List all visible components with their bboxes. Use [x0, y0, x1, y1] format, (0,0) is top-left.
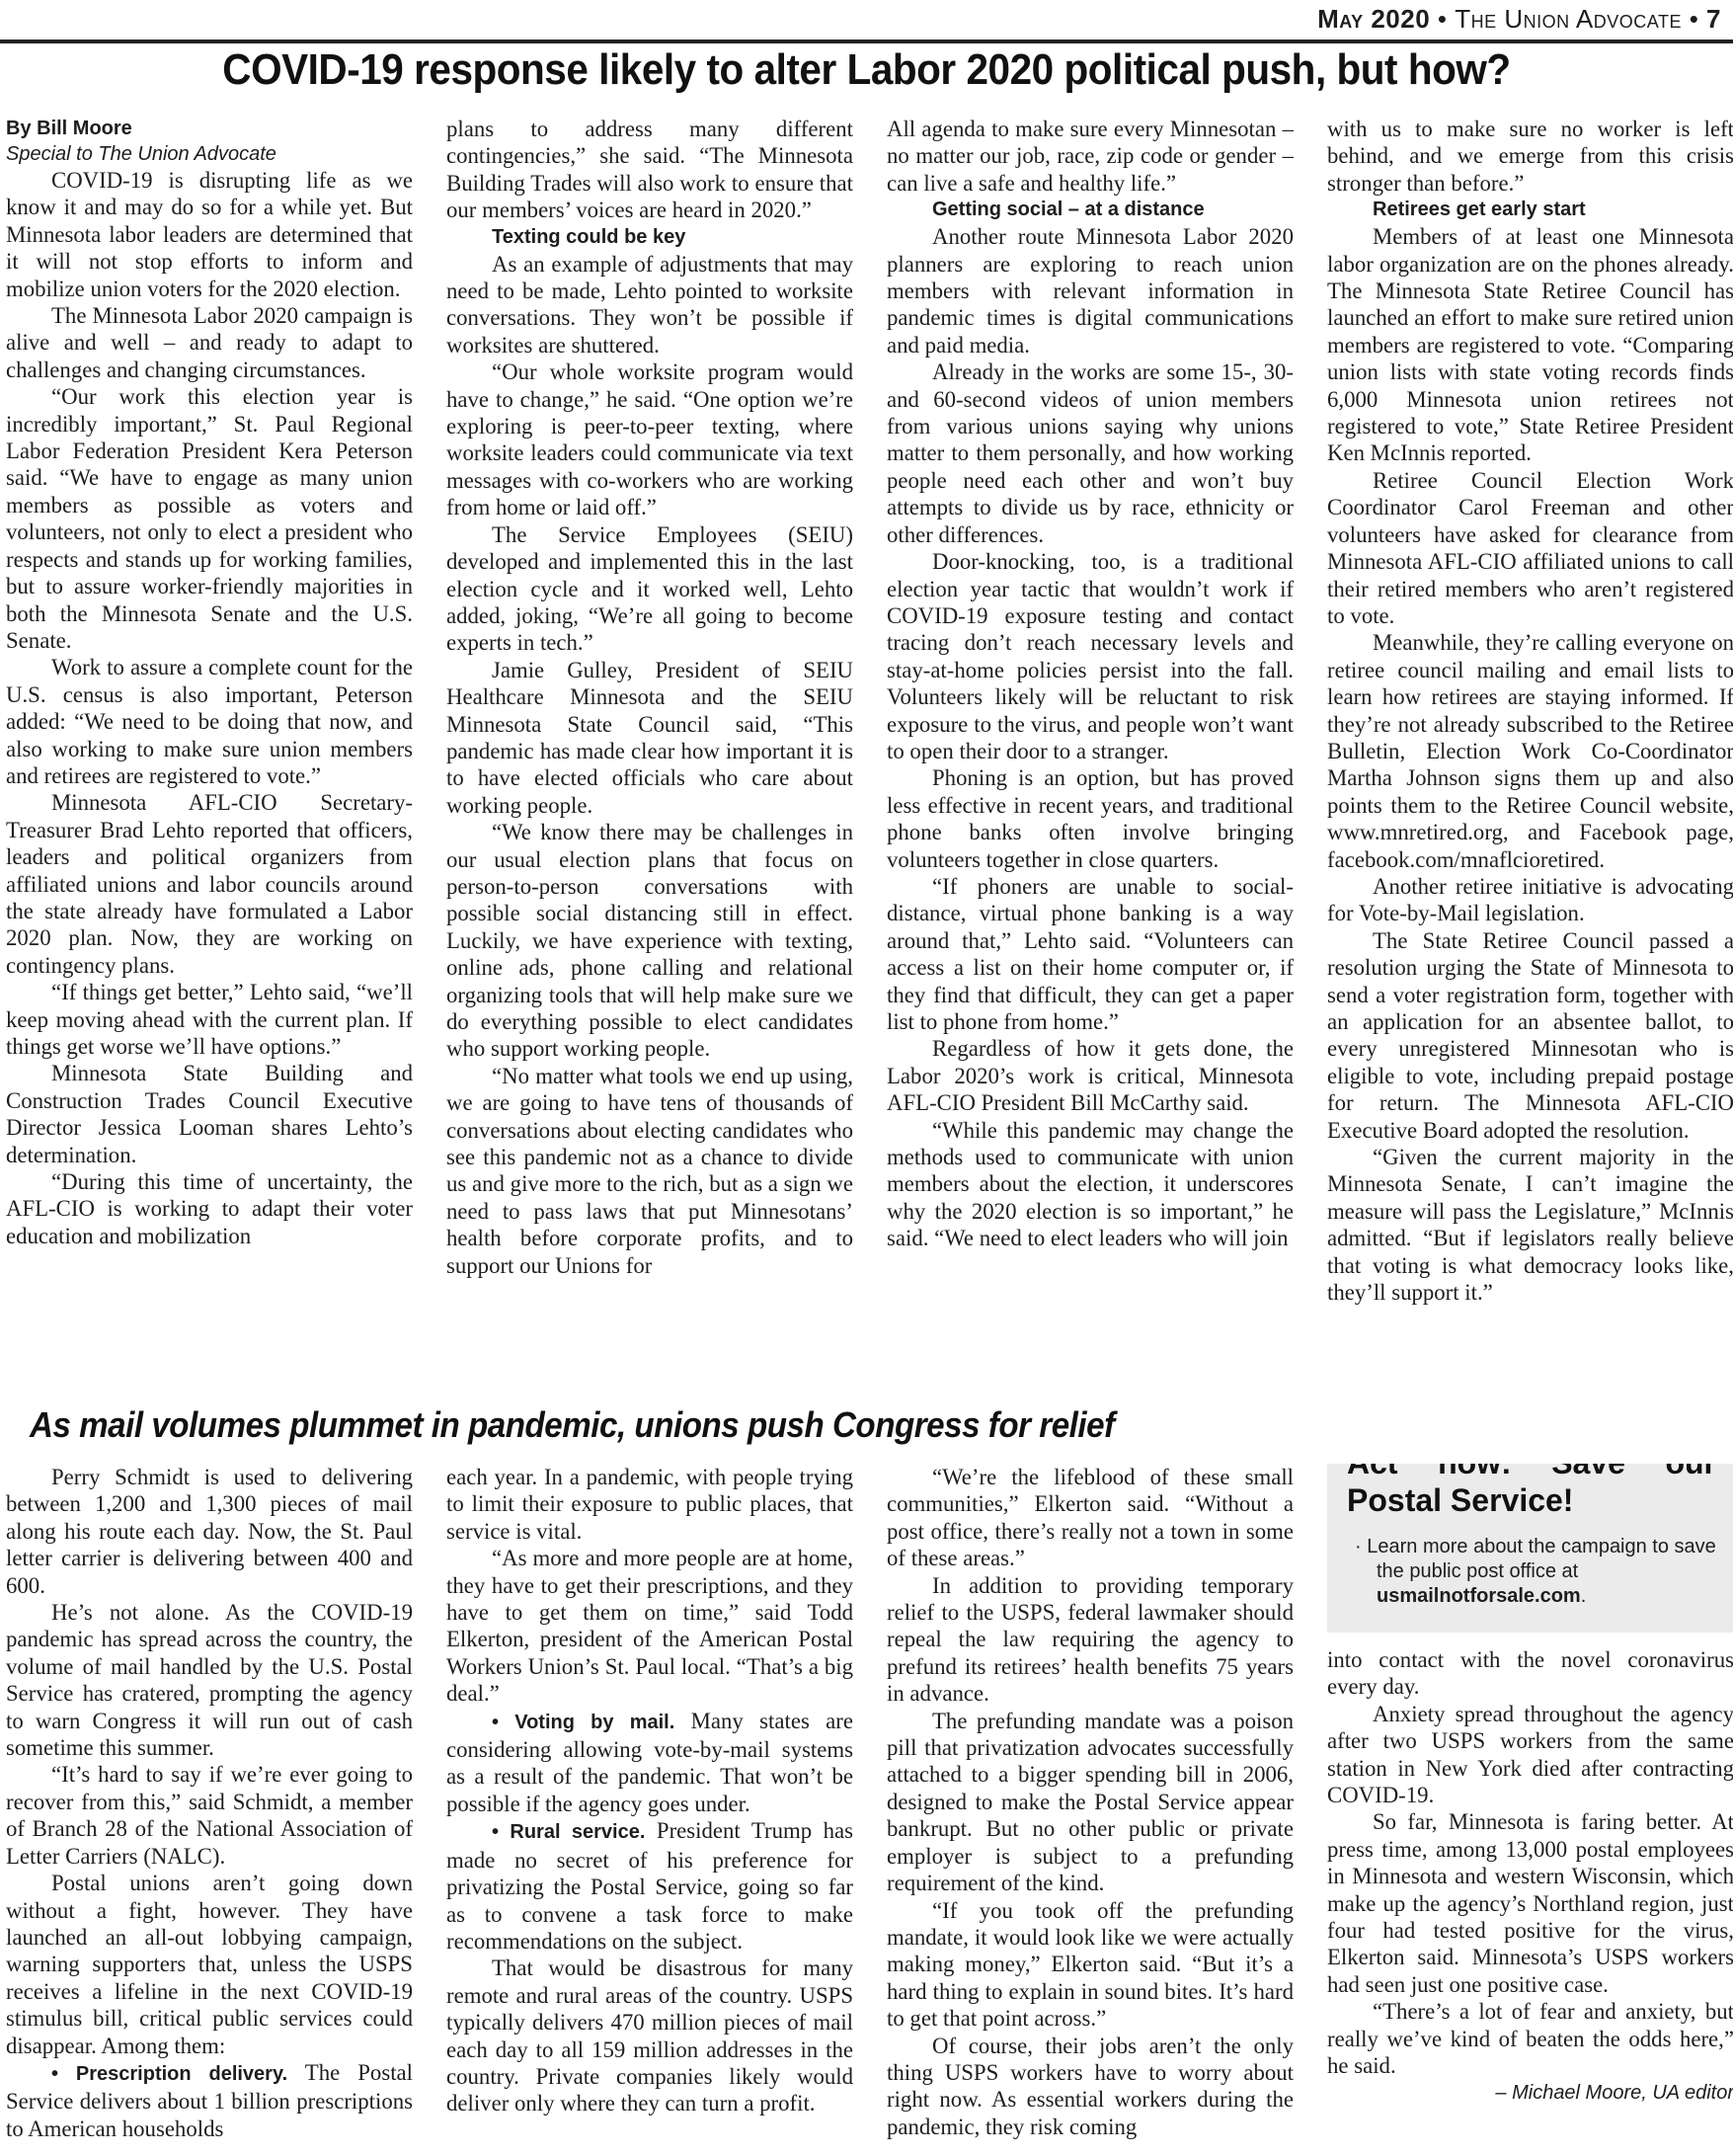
sidebar-trailing: .	[1581, 1585, 1587, 1607]
sidebar-text: Learn more about the campaign to save th…	[1367, 1536, 1716, 1582]
paragraph: “Given the current majority in the Minne…	[1327, 1144, 1733, 1306]
paragraph: “During this time of uncertainty, the AF…	[6, 1168, 413, 1249]
paragraph: As an example of adjustments that may ne…	[446, 251, 853, 359]
subhead-getting-social: Getting social – at a distance	[887, 197, 1294, 223]
article2-column-4: Act now: Save our Postal Service! · Lear…	[1327, 1464, 1733, 2155]
paragraph: Work to assure a complete count for the …	[6, 654, 413, 789]
article1-column-4: with us to make sure no worker is left b…	[1327, 116, 1733, 1385]
paragraph: Phoning is an option, but has proved les…	[887, 764, 1294, 873]
paragraph: Door-knocking, too, is a traditional ele…	[887, 548, 1294, 764]
bullet-paragraph: • Prescription delivery. The Postal Serv…	[6, 2059, 413, 2142]
paragraph: The Service Employees (SEIU) developed a…	[446, 521, 853, 657]
paragraph: Another route Minnesota Labor 2020 plann…	[887, 223, 1294, 359]
paragraph: “If you took off the prefunding mandate,…	[887, 1897, 1294, 2033]
paragraph: Perry Schmidt is used to delivering betw…	[6, 1464, 413, 1599]
article2-headline: As mail volumes plummet in pandemic, uni…	[30, 1404, 1115, 1446]
sidebar-save-postal-service: Act now: Save our Postal Service! · Lear…	[1327, 1464, 1733, 1633]
paragraph: Retiree Council Election Work Coordinato…	[1327, 467, 1733, 629]
page-folio: May 2020 • The Union Advocate • 7	[1317, 4, 1721, 35]
paragraph: Members of at least one Minnesota labor …	[1327, 223, 1733, 467]
subhead-retirees: Retirees get early start	[1327, 197, 1733, 223]
paragraph: “If phoners are unable to social-distanc…	[887, 873, 1294, 1035]
sidebar-body: · Learn more about the campaign to save …	[1347, 1535, 1716, 1609]
paragraph: “There’s a lot of fear and anxiety, but …	[1327, 1998, 1733, 2079]
bullet-label-rural: • Rural service.	[492, 1821, 645, 1843]
paragraph: All agenda to make sure every Minnesotan…	[887, 116, 1294, 197]
bullet-label-prescription: • Prescription delivery.	[51, 2063, 287, 2085]
paragraph: Minnesota AFL-CIO Secretary-Treasurer Br…	[6, 789, 413, 979]
paragraph: each year. In a pandemic, with people tr…	[446, 1464, 853, 1545]
paragraph: Jamie Gulley, President of SEIU Healthca…	[446, 657, 853, 819]
paragraph: “While this pandemic may change the meth…	[887, 1117, 1294, 1252]
paragraph: Regardless of how it gets done, the Labo…	[887, 1035, 1294, 1116]
article1-headline: COVID-19 response likely to alter Labor …	[69, 45, 1664, 95]
paragraph: Another retiree initiative is advocating…	[1327, 873, 1733, 927]
article2-column-3: “We’re the lifeblood of these small comm…	[887, 1464, 1294, 2155]
paragraph: with us to make sure no worker is left b…	[1327, 116, 1733, 197]
paragraph: “If things get better,” Lehto said, “we’…	[6, 979, 413, 1060]
paragraph: Minnesota State Building and Constructio…	[6, 1060, 413, 1168]
paragraph: “We’re the lifeblood of these small comm…	[887, 1464, 1294, 1572]
paragraph: So far, Minnesota is faring better. At p…	[1327, 1808, 1733, 1998]
paragraph: “Our whole worksite program would have t…	[446, 359, 853, 520]
paragraph: “No matter what tools we end up using, w…	[446, 1063, 853, 1279]
article2-column-1: Perry Schmidt is used to delivering betw…	[6, 1464, 413, 2155]
byline: By Bill Moore	[6, 116, 413, 141]
article2-column-2: each year. In a pandemic, with people tr…	[446, 1464, 853, 2155]
paragraph: Meanwhile, they’re calling everyone on r…	[1327, 629, 1733, 873]
paragraph: plans to address many different continge…	[446, 116, 853, 224]
byline-note: Special to The Union Advocate	[6, 141, 413, 167]
bullet-dot-icon: ·	[1355, 1536, 1362, 1557]
paragraph: “Our work this election year is incredib…	[6, 383, 413, 654]
issue-date: May 2020	[1317, 4, 1430, 34]
article1-column-2: plans to address many different continge…	[446, 116, 853, 1385]
bullet-paragraph: • Voting by mail. Many states are consid…	[446, 1708, 853, 1818]
article1-body: By Bill Moore Special to The Union Advoc…	[6, 116, 1733, 1385]
author-signoff: – Michael Moore, UA editor	[1327, 2080, 1733, 2107]
page-number: 7	[1706, 4, 1721, 34]
paragraph: He’s not alone. As the COVID-19 pandemic…	[6, 1599, 413, 1761]
publication-name: The Union Advocate	[1455, 4, 1682, 34]
article2-body: Perry Schmidt is used to delivering betw…	[6, 1464, 1733, 2155]
header-rule	[0, 40, 1733, 43]
folio-separator: •	[1690, 4, 1699, 34]
paragraph: The State Retiree Council passed a resol…	[1327, 927, 1733, 1144]
sidebar-title: Act now: Save our Postal Service!	[1347, 1464, 1716, 1519]
paragraph: “We know there may be challenges in our …	[446, 819, 853, 1063]
bullet-label-voting: • Voting by mail.	[492, 1712, 674, 1733]
paragraph: Of course, their jobs aren’t the only th…	[887, 2033, 1294, 2141]
paragraph: Postal unions aren’t going down without …	[6, 1870, 413, 2059]
article1-column-1: By Bill Moore Special to The Union Advoc…	[6, 116, 413, 1385]
bullet-paragraph: • Rural service. President Trump has mad…	[446, 1817, 853, 1955]
paragraph: Anxiety spread throughout the agency aft…	[1327, 1701, 1733, 1809]
paragraph: Already in the works are some 15-, 30- a…	[887, 359, 1294, 548]
paragraph: That would be disastrous for many remote…	[446, 1955, 853, 2116]
paragraph: into contact with the novel coronavirus …	[1327, 1646, 1733, 1701]
subhead-texting: Texting could be key	[446, 224, 853, 251]
paragraph: The Minnesota Labor 2020 campaign is ali…	[6, 302, 413, 383]
campaign-link[interactable]: usmailnotforsale.com	[1377, 1585, 1581, 1607]
paragraph: The prefunding mandate was a poison pill…	[887, 1708, 1294, 1897]
article1-column-3: All agenda to make sure every Minnesotan…	[887, 116, 1294, 1385]
folio-separator: •	[1438, 4, 1448, 34]
paragraph: In addition to providing temporary relie…	[887, 1572, 1294, 1708]
paragraph: “As more and more people are at home, th…	[446, 1545, 853, 1707]
paragraph: COVID-19 is disrupting life as we know i…	[6, 167, 413, 302]
paragraph: “It’s hard to say if we’re ever going to…	[6, 1761, 413, 1870]
